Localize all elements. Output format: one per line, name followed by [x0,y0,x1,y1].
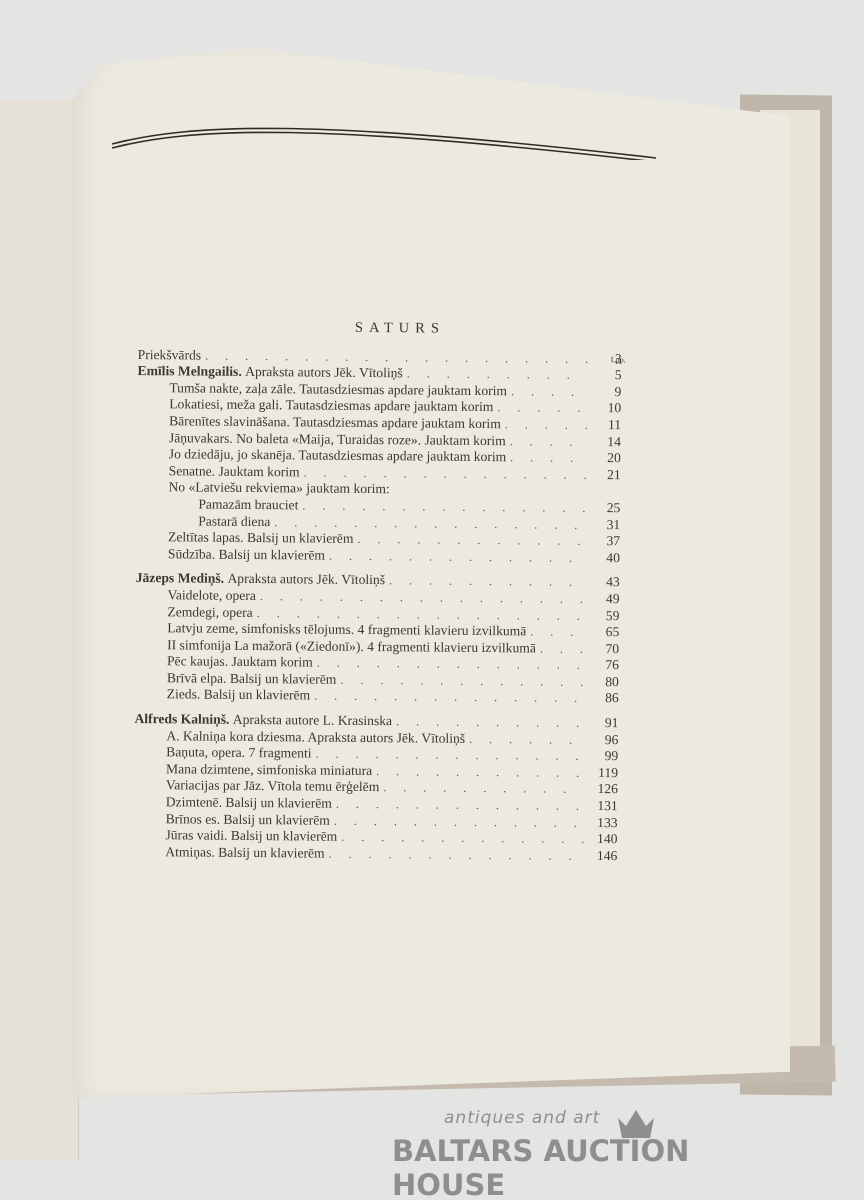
entry-title: Variacijas par Jāz. Vītola temu ērģelēm [166,778,380,796]
entry-page-number: 119 [592,765,618,782]
entry-page-number: 31 [594,517,620,534]
entry-page-number: 70 [593,641,619,658]
entry-description: Apraksta autors Jēk. Vītoliņš [245,364,403,380]
entry-page-number: 10 [595,400,621,417]
entry-title: Atmiņas. Balsij un klavierēm [165,844,324,862]
dot-leader [530,624,585,641]
dot-leader [396,713,584,731]
table-of-contents: SATURS Lpp. Priekšvārds3Emīlis Melngaili… [133,318,622,865]
dot-leader [340,672,585,691]
entry-page-number: 126 [592,781,618,798]
entry-title: Zieds. Balsij un klavierēm [167,687,311,705]
dot-leader [540,640,585,657]
dot-leader [505,416,587,433]
dot-leader [394,494,587,496]
dot-leader [314,688,585,707]
entry-title: Baņuta, opera. 7 fragmenti [166,745,311,763]
entry-page-number: 43 [594,574,620,591]
entry-page-number: 96 [592,732,618,749]
decorative-double-rule [110,120,658,160]
dot-leader [329,547,586,566]
entry-title: Senatne. Jauktam korim [169,463,300,481]
entry-title: Jūras vaidi. Balsij un klavierēm [165,827,337,845]
entry-page-number: 11 [595,417,621,434]
dot-leader [329,845,584,864]
entry-title: Brīvā elpa. Balsij un klavierēm [167,670,337,688]
watermark-name: BALTARS AUCTION HOUSE [392,1134,806,1200]
entry-page-number: 40 [594,550,620,567]
entry-page-number: 5 [595,367,621,384]
entry-page-number: 14 [595,434,621,451]
entry-page-number: 25 [594,500,620,517]
entry-page-number: 76 [593,657,619,674]
dot-leader [407,366,588,384]
entry-title: Sūdzība. Balsij un klavierēm [168,546,325,564]
entry-page-number: 59 [593,607,619,624]
entry-title: Pastarā diena [198,513,270,530]
entry-title: Brīnos es. Balsij un klavierēm [166,811,330,829]
dot-leader [497,400,587,417]
entry-page-number: 80 [593,674,619,691]
entry-title: Pēc kaujas. Jauktam korim [167,654,313,672]
entry-page-number: 91 [592,715,618,732]
entry-page-number: 20 [595,450,621,467]
entry-title: Vaidelote, opera [168,587,256,604]
entry-page-number: 37 [594,533,620,550]
entry-title: Zemdegi, opera [167,604,252,621]
dot-leader [376,763,584,781]
dot-leader [383,780,584,798]
dot-leader [389,573,586,591]
dot-leader [469,731,584,749]
dot-leader [341,829,583,848]
dot-leader [511,383,587,400]
toc-title: SATURS [178,318,622,338]
entry-page-number: 86 [593,690,619,707]
dot-leader [510,449,587,466]
entry-page-number: 65 [593,624,619,641]
entry-page-number: 140 [591,831,617,848]
entry-title: No «Latviešu rekviema» jauktam korim: [168,480,389,499]
entry-page-number: 49 [593,591,619,608]
entry-title: Priekšvārds [138,347,202,364]
page-column-label: Lpp. [611,352,626,369]
toc-entries: Priekšvārds3Emīlis Melngailis. Apraksta … [133,347,621,865]
entry-title: Mana dzimtene, simfoniska miniatura [166,761,372,779]
entry-page-number: 21 [595,467,621,484]
entry-title: Dzimtenē. Balsij un klavierēm [166,794,332,812]
entry-page-number: 9 [595,384,621,401]
entry-title: Pamazām brauciet [198,496,298,513]
entry-author: Alfreds Kalniņš. [134,711,229,727]
entry-description: Apraksta autors Jēk. Vītoliņš [227,571,385,587]
entry-author: Emīlis Melngailis. [137,363,241,379]
watermark: antiques and art BALTARS AUCTION HOUSE [386,1100,806,1180]
entry-description: Apraksta autore L. Krasinska [233,712,392,728]
entry-page-number: 131 [592,798,618,815]
entry-title: Zeltītas lapas. Balsij un klavierēm [168,529,353,547]
dot-leader [510,433,587,450]
watermark-tagline: antiques and art [444,1108,600,1128]
dot-leader [357,531,586,550]
entry-page-number: 133 [592,815,618,832]
entry-author: Jāzeps Mediņš. [136,570,224,586]
entry-page-number: 99 [592,748,618,765]
entry-page-number: 146 [591,848,617,865]
left-page [0,100,79,1160]
